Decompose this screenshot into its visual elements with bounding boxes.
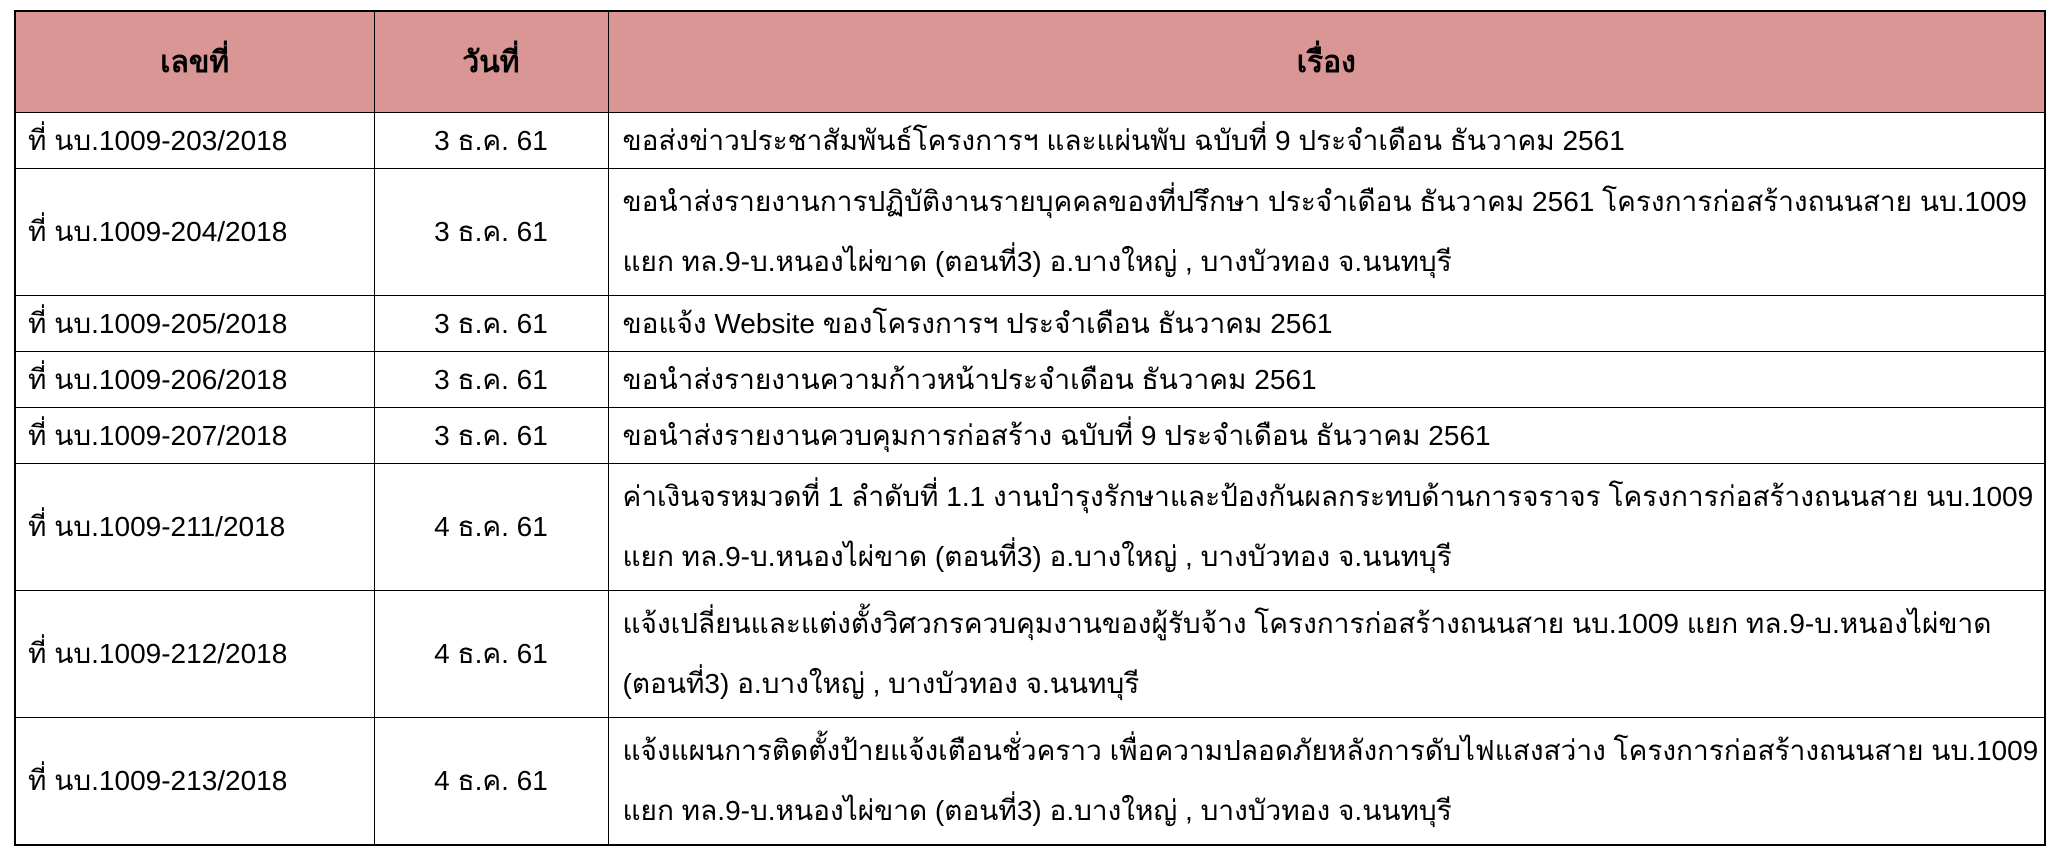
table-row: ที่ นบ.1009-204/20183 ธ.ค. 61ขอนำส่งรายง… <box>15 169 2045 296</box>
table-row: ที่ นบ.1009-213/20184 ธ.ค. 61แจ้งแผนการต… <box>15 718 2045 846</box>
header-letter-number: เลขที่ <box>15 11 374 113</box>
letter-number-cell: ที่ นบ.1009-204/2018 <box>15 169 374 296</box>
letter-number-cell: ที่ นบ.1009-211/2018 <box>15 464 374 591</box>
date-cell: 3 ธ.ค. 61 <box>374 296 608 352</box>
date-cell: 4 ธ.ค. 61 <box>374 591 608 718</box>
header-date: วันที่ <box>374 11 608 113</box>
date-cell: 3 ธ.ค. 61 <box>374 352 608 408</box>
table-row: ที่ นบ.1009-205/20183 ธ.ค. 61ขอแจ้ง Webs… <box>15 296 2045 352</box>
subject-line: ขอแจ้ง Website ของโครงการฯ ประจำเดือน ธั… <box>623 296 2039 351</box>
letter-number-cell: ที่ นบ.1009-206/2018 <box>15 352 374 408</box>
letter-number-cell: ที่ นบ.1009-205/2018 <box>15 296 374 352</box>
letter-number-cell: ที่ นบ.1009-207/2018 <box>15 408 374 464</box>
subject-line: ขอส่งข่าวประชาสัมพันธ์โครงการฯ และแผ่นพั… <box>623 113 2039 168</box>
date-cell: 3 ธ.ค. 61 <box>374 169 608 296</box>
letter-number-cell: ที่ นบ.1009-203/2018 <box>15 113 374 169</box>
table-row: ที่ นบ.1009-211/20184 ธ.ค. 61ค่าเงินจรหม… <box>15 464 2045 591</box>
subject-line: ขอนำส่งรายงานควบคุมการก่อสร้าง ฉบับที่ 9… <box>623 408 2039 463</box>
subject-line: แยก ทล.9-บ.หนองไผ่ขาด (ตอนที่3) อ.บางใหญ… <box>623 232 2039 292</box>
subject-line: แจ้งแผนการติดตั้งป้ายแจ้งเตือนชั่วคราว เ… <box>623 721 2039 781</box>
table-row: ที่ นบ.1009-206/20183 ธ.ค. 61ขอนำส่งรายง… <box>15 352 2045 408</box>
subject-cell: แจ้งเปลี่ยนและแต่งตั้งวิศวกรควบคุมงานของ… <box>608 591 2045 718</box>
document-page: เลขที่ วันที่ เรื่อง ที่ นบ.1009-203/201… <box>0 0 2058 846</box>
date-cell: 4 ธ.ค. 61 <box>374 464 608 591</box>
letters-table: เลขที่ วันที่ เรื่อง ที่ นบ.1009-203/201… <box>14 10 2046 846</box>
subject-line: (ตอนที่3) อ.บางใหญ่ , บางบัวทอง จ.นนทบุร… <box>623 654 2039 714</box>
subject-line: แยก ทล.9-บ.หนองไผ่ขาด (ตอนที่3) อ.บางใหญ… <box>623 527 2039 587</box>
subject-cell: ขอแจ้ง Website ของโครงการฯ ประจำเดือน ธั… <box>608 296 2045 352</box>
subject-cell: ขอนำส่งรายงานควบคุมการก่อสร้าง ฉบับที่ 9… <box>608 408 2045 464</box>
subject-line: ขอนำส่งรายงานการปฏิบัติงานรายบุคคลของที่… <box>623 172 2039 232</box>
subject-cell: ค่าเงินจรหมวดที่ 1 ลำดับที่ 1.1 งานบำรุง… <box>608 464 2045 591</box>
subject-cell: ขอนำส่งรายงานความก้าวหน้าประจำเดือน ธันว… <box>608 352 2045 408</box>
subject-cell: แจ้งแผนการติดตั้งป้ายแจ้งเตือนชั่วคราว เ… <box>608 718 2045 846</box>
table-row: ที่ นบ.1009-212/20184 ธ.ค. 61แจ้งเปลี่ยน… <box>15 591 2045 718</box>
date-cell: 3 ธ.ค. 61 <box>374 113 608 169</box>
subject-cell: ขอส่งข่าวประชาสัมพันธ์โครงการฯ และแผ่นพั… <box>608 113 2045 169</box>
subject-line: ขอนำส่งรายงานความก้าวหน้าประจำเดือน ธันว… <box>623 352 2039 407</box>
subject-line: แยก ทล.9-บ.หนองไผ่ขาด (ตอนที่3) อ.บางใหญ… <box>623 781 2039 841</box>
letter-number-cell: ที่ นบ.1009-212/2018 <box>15 591 374 718</box>
header-subject: เรื่อง <box>608 11 2045 113</box>
subject-cell: ขอนำส่งรายงานการปฏิบัติงานรายบุคคลของที่… <box>608 169 2045 296</box>
date-cell: 4 ธ.ค. 61 <box>374 718 608 846</box>
header-row: เลขที่ วันที่ เรื่อง <box>15 11 2045 113</box>
subject-line: ค่าเงินจรหมวดที่ 1 ลำดับที่ 1.1 งานบำรุง… <box>623 467 2039 527</box>
table-row: ที่ นบ.1009-207/20183 ธ.ค. 61ขอนำส่งรายง… <box>15 408 2045 464</box>
date-cell: 3 ธ.ค. 61 <box>374 408 608 464</box>
table-row: ที่ นบ.1009-203/20183 ธ.ค. 61ขอส่งข่าวปร… <box>15 113 2045 169</box>
letter-number-cell: ที่ นบ.1009-213/2018 <box>15 718 374 846</box>
subject-line: แจ้งเปลี่ยนและแต่งตั้งวิศวกรควบคุมงานของ… <box>623 594 2039 654</box>
